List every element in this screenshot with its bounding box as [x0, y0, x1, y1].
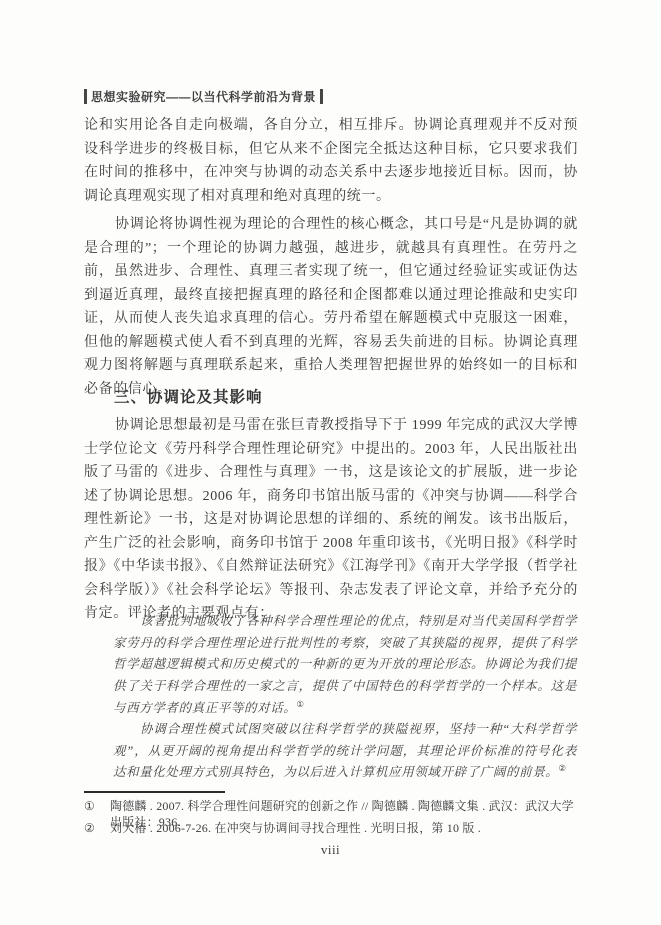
quote-2-text: 协调合理性模式试图突破以往科学哲学的狭隘视界，坚持一种“大科学哲学观”，从更开阔… [113, 722, 577, 779]
quote-paragraph-1: 该著批判地吸收了各种科学合理性理论的优点，特别是对当代美国科学哲学家劳丹的科学合… [113, 611, 577, 720]
header-bar-right-icon [320, 89, 323, 104]
page-number: viii [0, 842, 661, 858]
footnote-item-2: ② 刘大椿 . 2006-7-26. 在冲突与协调间寻找合理性 . 光明日报，第… [84, 820, 584, 836]
quote-1-text: 该著批判地吸收了各种科学合理性理论的优点，特别是对当代美国科学哲学家劳丹的科学合… [113, 614, 577, 715]
footnote-ref-2: ② [558, 763, 566, 773]
quote-paragraph-2: 协调合理性模式试图突破以往科学哲学的狭隘视界，坚持一种“大科学哲学观”，从更开阔… [113, 719, 577, 784]
footnote-2-marker: ② [84, 820, 110, 836]
footnote-ref-1: ① [296, 699, 304, 709]
paragraph-continuation: 论和实用论各自走向极端，各自分立，相互排斥。协调论真理观并不反对预设科学进步的终… [84, 114, 578, 208]
paragraph-influence: 协调论思想最初是马雷在张巨青教授指导下于 1999 年完成的武汉大学博士学位论文… [84, 414, 578, 626]
book-page: 思想实验研究——以当代科学前沿为背景 论和实用论各自走向极端，各自分立，相互排斥… [0, 0, 661, 925]
running-header: 思想实验研究——以当代科学前沿为背景 [84, 88, 323, 105]
footnote-separator [84, 791, 225, 793]
header-bar-left-icon [84, 89, 87, 104]
footnote-2-text: 刘大椿 . 2006-7-26. 在冲突与协调间寻找合理性 . 光明日报，第 1… [110, 820, 584, 836]
running-header-title: 思想实验研究——以当代科学前沿为背景 [91, 88, 316, 105]
section-heading: 三、协调论及其影响 [84, 385, 263, 407]
paragraph-coordination-theory: 协调论将协调性视为理论的合理性的核心概念，其口号是“凡是协调的就是合理的”；一个… [84, 213, 578, 401]
